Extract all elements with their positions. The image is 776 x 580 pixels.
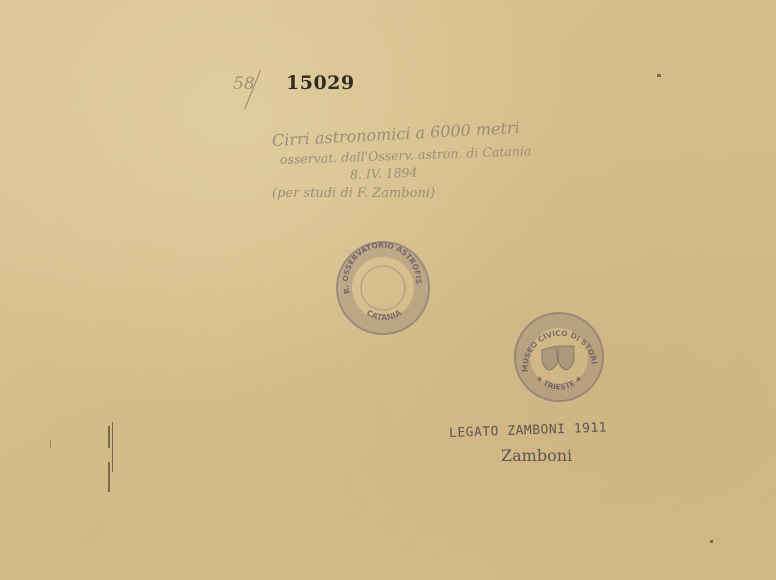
observatory-stamp: R. OSSERVATORIO ASTROFISICO CATANIA	[336, 241, 430, 335]
observatory-stamp-ring-text: R. OSSERVATORIO ASTROFISICO	[335, 236, 423, 295]
ink-speck	[657, 74, 661, 77]
svg-text:★ TRIESTE ★: ★ TRIESTE ★	[534, 373, 584, 391]
coat-of-arms-icon	[542, 346, 574, 370]
ink-mark	[108, 426, 110, 448]
ink-mark	[112, 422, 113, 472]
legacy-stamp-name: Zamboni	[501, 446, 572, 465]
museum-stamp-seal-icon: MUSEO CIVICO DI STORIA ED ARTE ★ TRIESTE…	[516, 314, 602, 400]
legacy-stamp-line: LEGATO ZAMBONI 1911	[449, 420, 608, 441]
svg-text:R. OSSERVATORIO ASTROFISICO: R. OSSERVATORIO ASTROFISICO	[335, 236, 423, 295]
catalog-number: 15029	[286, 72, 355, 94]
museum-stamp: MUSEO CIVICO DI STORIA ED ARTE ★ TRIESTE…	[514, 312, 604, 402]
ink-speck	[710, 540, 713, 543]
ink-mark	[50, 440, 51, 448]
museum-stamp-city: ★ TRIESTE ★	[534, 373, 584, 391]
photo-verso-sheet: 58 15029 Cirri astronomici a 6000 metri …	[0, 0, 776, 580]
note-line-4: (per studi di F. Zamboni)	[272, 186, 435, 201]
observatory-stamp-seal-icon: R. OSSERVATORIO ASTROFISICO CATANIA	[338, 243, 428, 333]
ink-mark	[108, 462, 110, 492]
note-line-3: 8. IV. 1894	[350, 165, 418, 182]
